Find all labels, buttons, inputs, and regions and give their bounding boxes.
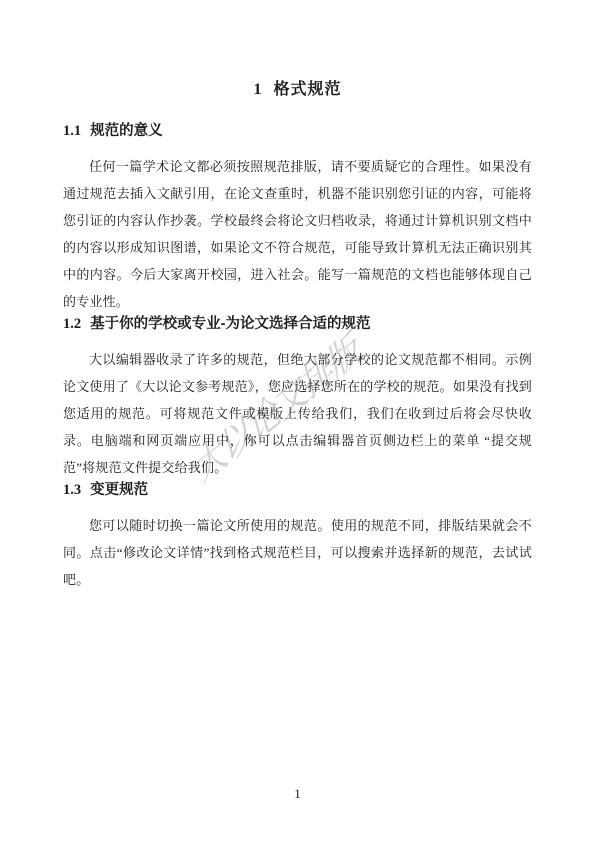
section-heading-text: 基于你的学校或专业-为论文选择合适的规范: [90, 316, 370, 332]
section-heading: 1.2基于你的学校或专业-为论文选择合适的规范: [63, 315, 532, 334]
chapter-title-text: 格式规范: [273, 81, 341, 98]
paragraph: 您可以随时切换一篇论文所使用的规范。使用的规范不同，排版结果就会不同。点击“修改…: [63, 512, 532, 593]
chapter-title: 1格式规范: [63, 78, 532, 102]
paragraph: 大以编辑器收录了许多的规范，但绝大部分学校的论文规范都不相同。示例论文使用了《大…: [63, 346, 532, 481]
section-number: 1.2: [63, 316, 81, 332]
section-heading: 1.1规范的意义: [63, 122, 532, 141]
document-page: 大以论文排版 1格式规范 1.1规范的意义 任何一篇学术论文都必须按照规范排版，…: [0, 0, 595, 842]
page-content: 1格式规范 1.1规范的意义 任何一篇学术论文都必须按照规范排版，请不要质疑它的…: [63, 78, 532, 593]
section-1-3: 1.3变更规范 您可以随时切换一篇论文所使用的规范。使用的规范不同，排版结果就会…: [63, 481, 532, 593]
section-heading-text: 规范的意义: [90, 123, 163, 139]
page-number: 1: [0, 786, 595, 802]
section-number: 1.1: [63, 123, 81, 139]
section-heading: 1.3变更规范: [63, 481, 532, 500]
section-heading-text: 变更规范: [90, 482, 148, 498]
section-1-2: 1.2基于你的学校或专业-为论文选择合适的规范 大以编辑器收录了许多的规范，但绝…: [63, 315, 532, 481]
paragraph: 任何一篇学术论文都必须按照规范排版，请不要质疑它的合理性。如果没有通过规范去插入…: [63, 153, 532, 315]
section-number: 1.3: [63, 482, 81, 498]
section-1-1: 1.1规范的意义 任何一篇学术论文都必须按照规范排版，请不要质疑它的合理性。如果…: [63, 122, 532, 315]
chapter-number: 1: [253, 81, 261, 98]
